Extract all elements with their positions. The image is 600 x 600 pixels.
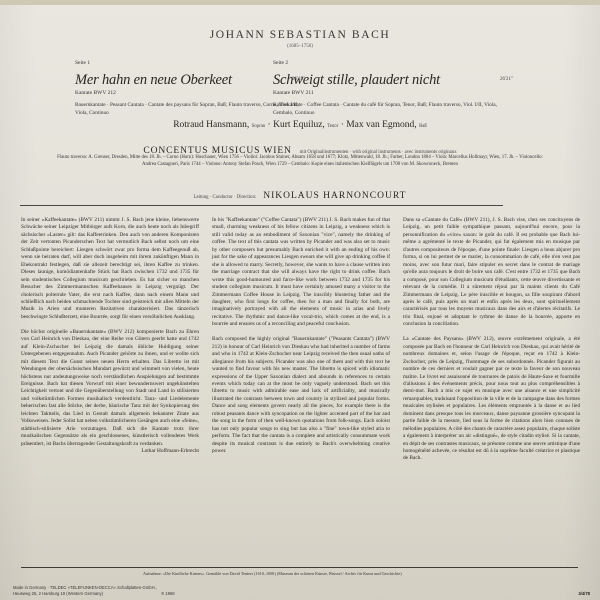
divider-rule	[21, 567, 578, 568]
album-back-cover: JOHANN SEBASTIAN BACH (1685–1750) Seite …	[0, 0, 600, 600]
soloists-line: Rotraud Hansmann, Sopran · Kurt Equiluz,…	[0, 120, 600, 130]
catalog-code: 3/4/78	[578, 591, 590, 596]
soloist-name: Rotraud Hansmann,	[173, 120, 249, 130]
paragraph: La «Cantate des Paysans» (BWV 212), œuvr…	[403, 336, 580, 463]
divider-rule	[20, 205, 503, 206]
side-label: Seite 1	[75, 60, 305, 66]
label-line: Made in Germany · TELDEC »TELEFUNKEN-DEC…	[13, 585, 157, 591]
work-title: Schweigt stille, plaudert nicht	[273, 72, 440, 88]
conductor-name: NIKOLAUS HARNONCOURT	[263, 191, 406, 201]
work-title-row: Schweigt stille, plaudert nicht 26'21"	[273, 71, 513, 89]
liner-notes-english: In his "Kaffeekantate" ("Coffee Cantata"…	[212, 217, 390, 463]
conductor-line: Leitung · Conductor · Direction: NIKOLAU…	[0, 185, 600, 203]
work-title: Mer hahn en neue Oberkeet	[75, 72, 232, 88]
soloist-voice: Sopran	[252, 124, 266, 129]
work-description: Bauernkantate · Peasant Cantata · Cantat…	[75, 102, 305, 117]
liner-notes-german: In seiner »Kaffeekantate« (BWV 211) nimm…	[21, 217, 199, 463]
liner-notes-french: Dans sa «Cantate du Café» (BWV 211), J. …	[403, 217, 580, 470]
bwv-number: Kantate BWV 211	[273, 90, 513, 96]
soloist-name: Max van Egmond,	[346, 120, 416, 130]
work-title-row: Mer hahn en neue Oberkeet 26'15"	[75, 71, 305, 89]
work-description: Kaffeekantate · Coffee Cantata · Cantate…	[273, 102, 513, 117]
record-label-info: Made in Germany · TELDEC »TELEFUNKEN-DEC…	[13, 585, 157, 597]
bwv-number: Kantate BWV 212	[75, 90, 305, 96]
cover-art-credit: Aufnahme: »Die Kindliche Kirmes«. Gemäld…	[143, 571, 590, 576]
paragraph: In seiner »Kaffeekantate« (BWV 211) nimm…	[21, 217, 199, 321]
side-label: Seite 2	[273, 60, 513, 66]
paragraph: In his "Kaffeekantate" ("Coffee Cantata"…	[212, 217, 390, 329]
paragraph: Die höchst originelle »Bauernkantate« (B…	[21, 329, 199, 448]
author-signature: Lothar Hoffmann-Erbrecht	[21, 448, 199, 455]
copyright: ℗ 1968	[161, 591, 175, 596]
duration: 26'21"	[500, 77, 513, 82]
soloist-name: Kurt Equiluz,	[273, 120, 325, 130]
composer-name: JOHANN SEBASTIAN BACH	[0, 29, 600, 41]
soloist-voice: Baß	[419, 124, 427, 129]
composer-dates: (1685–1750)	[0, 44, 600, 49]
label-line: Heusweg 25, 2 Hamburg 19 (Western German…	[13, 591, 157, 597]
side-2-block: Seite 2 Schweigt stille, plaudert nicht …	[273, 60, 513, 117]
side-1-block: Seite 1 Mer hahn en neue Oberkeet 26'15"…	[75, 60, 305, 117]
instrument-credits: Flauto traverso: A. Grenser, Dresden, Mi…	[52, 155, 548, 169]
paragraph: Bach composed the highly original "Bauer…	[212, 336, 390, 455]
paragraph: Dans sa «Cantate du Café» (BWV 211), J. …	[403, 217, 580, 329]
conductor-label: Leitung · Conductor · Direction:	[194, 195, 257, 200]
soloist-voice: Tenor	[327, 124, 338, 129]
